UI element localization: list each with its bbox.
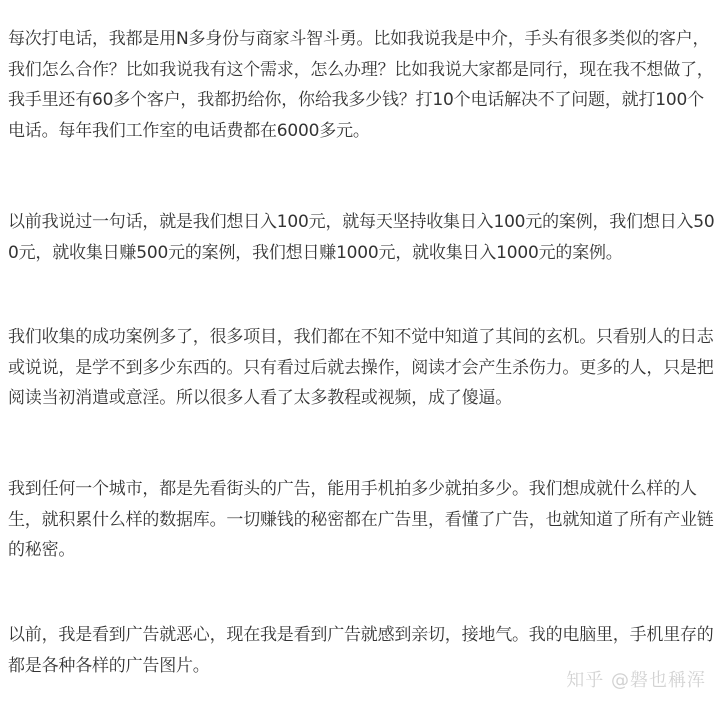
zhihu-watermark: 知乎 @磐也稱浑 [566, 666, 706, 692]
paragraph-success-cases: 我们收集的成功案例多了，很多项目，我们都在不知不觉中知道了其间的玄机。只看别人的… [8, 322, 718, 414]
paragraph-daily-income: 以前我说过一句话，就是我们想日入100元，就每天坚持收集日入100元的案例，我们… [8, 207, 718, 268]
paragraph-phone-calls: 每次打电话，我都是用N多身份与商家斗智斗勇。比如我说我是中介，手头有很多类似的客… [8, 24, 718, 146]
paragraph-city-ads: 我到任何一个城市，都是先看街头的广告，能用手机拍多少就拍多少。我们想成就什么样的… [8, 474, 718, 566]
